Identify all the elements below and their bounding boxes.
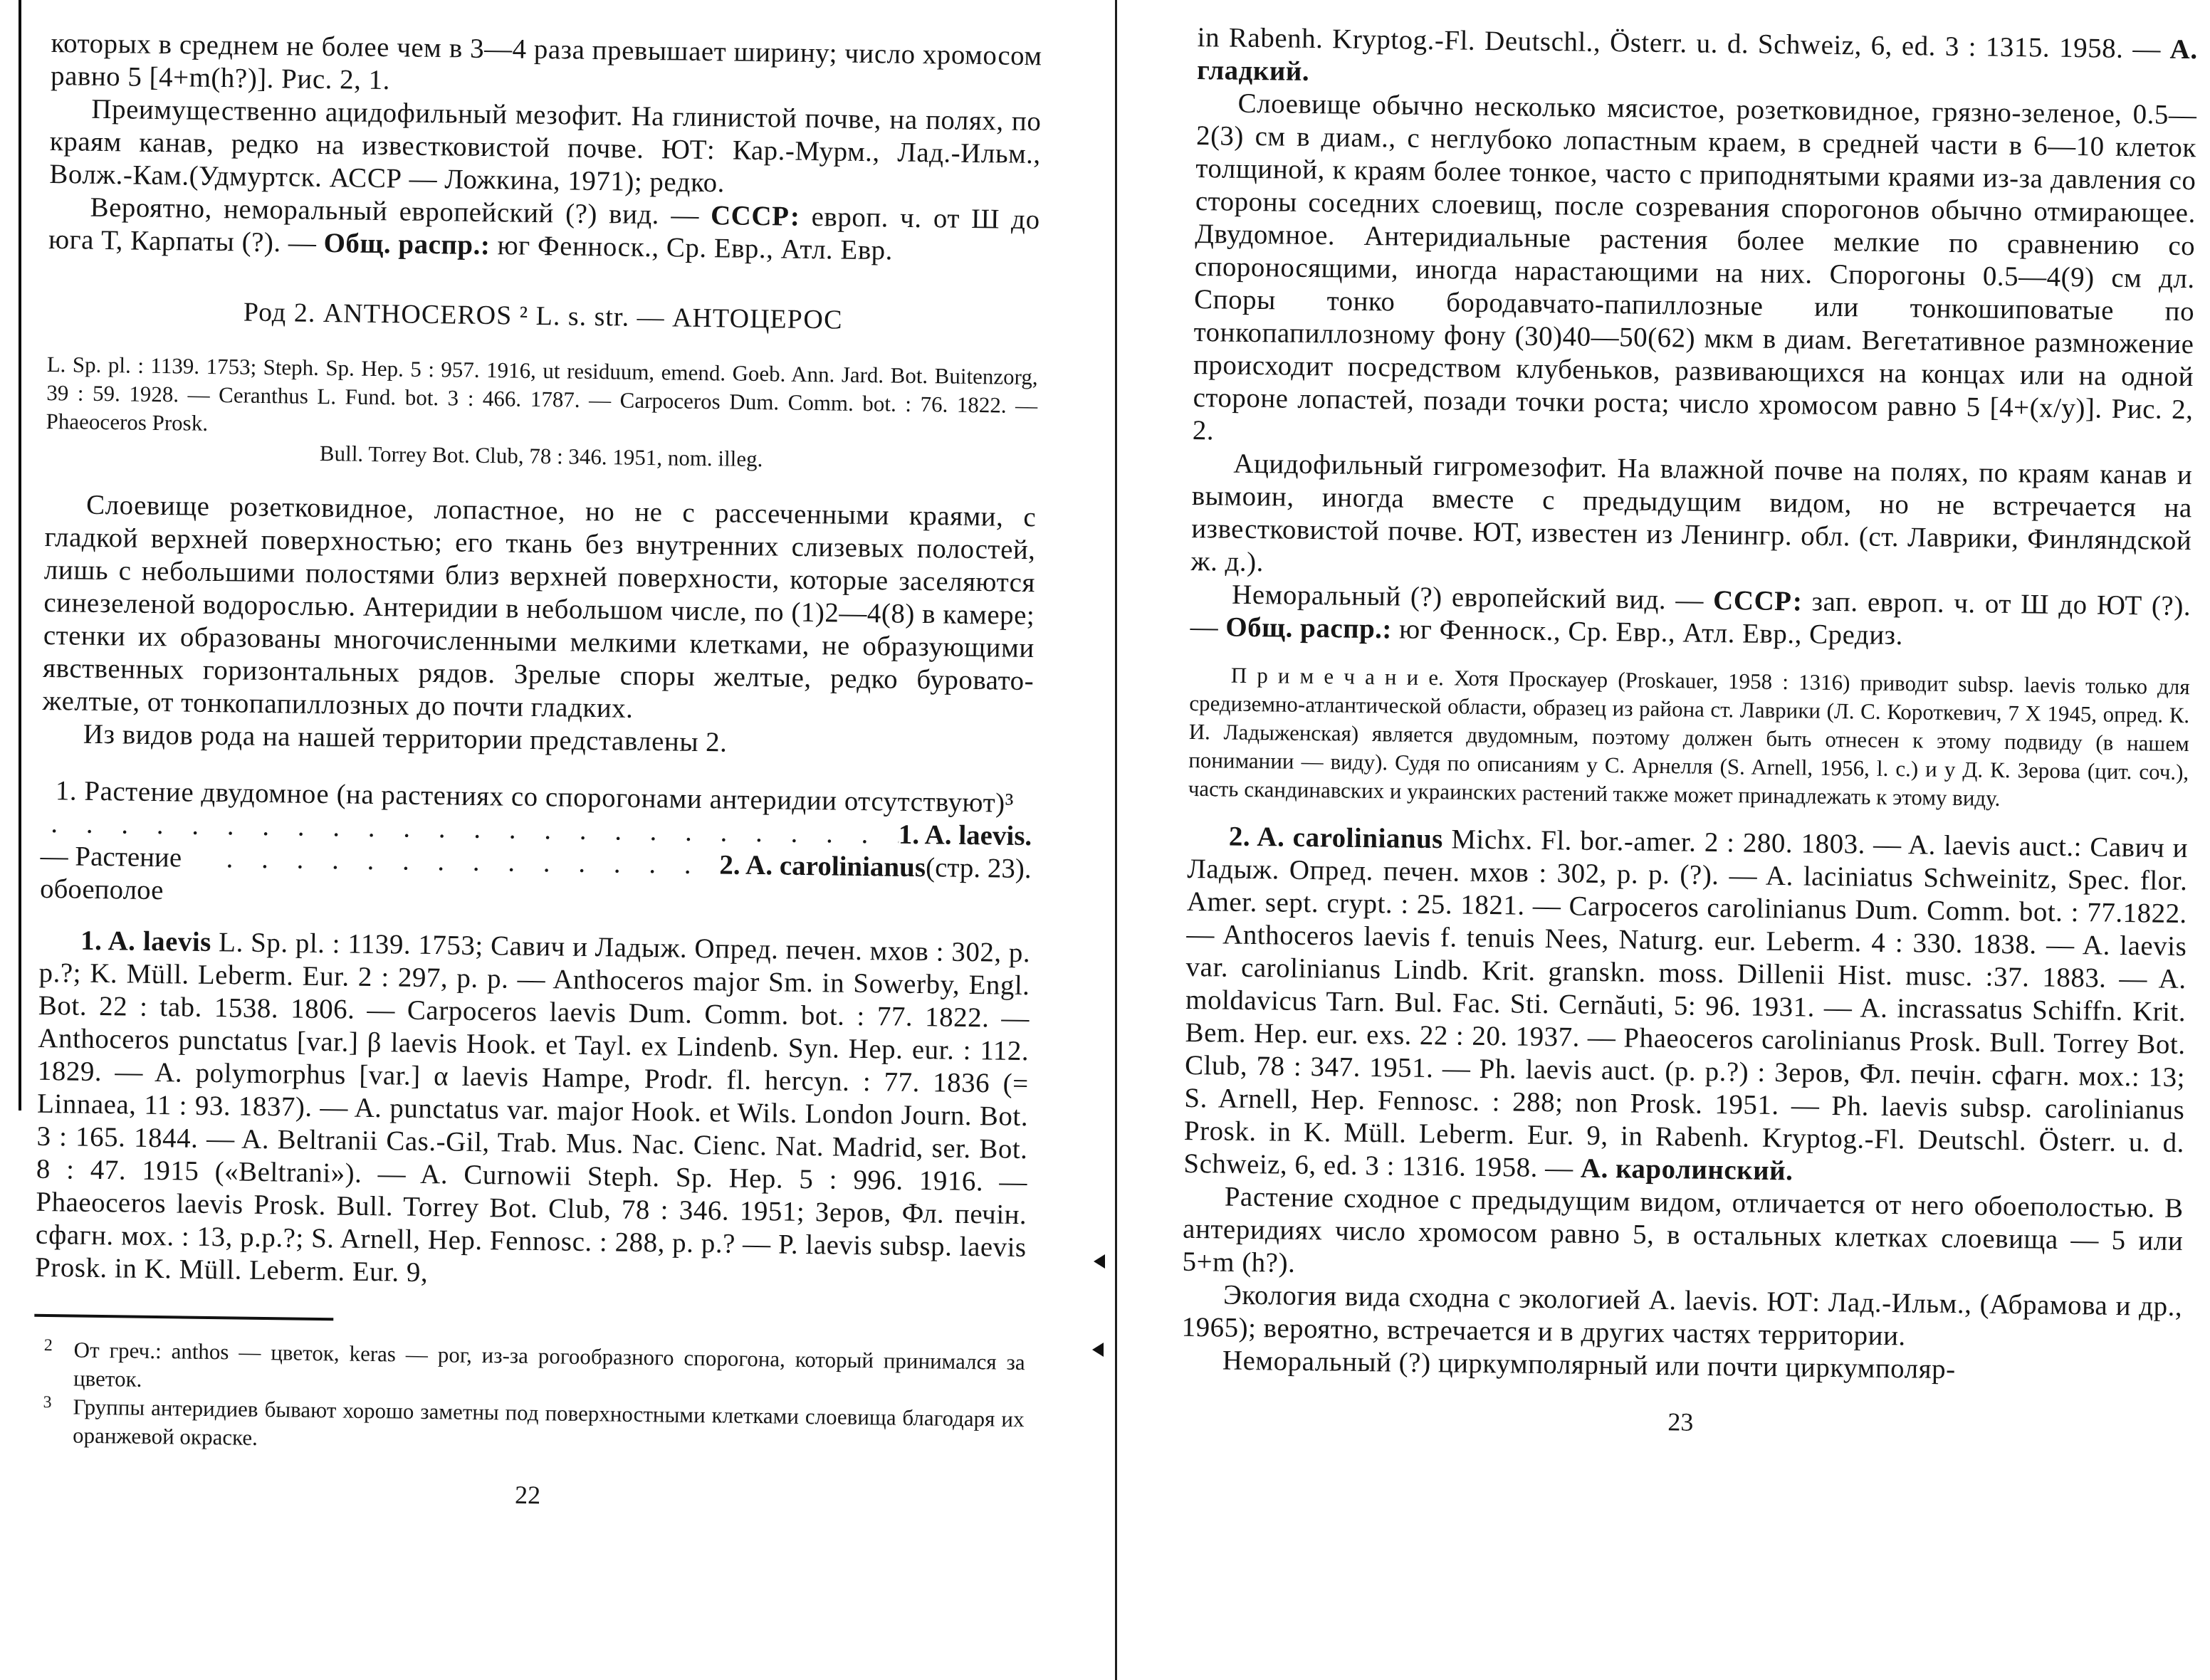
- ussr-label: СССР:: [1713, 585, 1803, 617]
- species-1-synonymy-cont-text: in Rabenh. Kryptog.-Fl. Deutschl., Öster…: [1197, 22, 2170, 65]
- genus-description: Слоевище розетковидное, лопастное, но не…: [42, 488, 1036, 730]
- distribution-text: Вероятно, неморальный европейский (?) ви…: [90, 192, 711, 231]
- taxonomic-note: П р и м е ч а н и е. Хотя Проскауер (Pro…: [1188, 661, 2190, 815]
- footnote-2-text: От греч.: anthos — цветок, keras — рог, …: [73, 1338, 1025, 1392]
- distribution-text: Неморальный (?) европейский вид. —: [1232, 579, 1714, 616]
- species-1-synonymy: L. Sp. pl. : 1139. 1753; Савич и Ладыж. …: [35, 927, 1030, 1288]
- species-1-entry: 1. A. laevis L. Sp. pl. : 1139. 1753; Са…: [35, 924, 1031, 1297]
- species-2-ecology: Экология вида сходна с экологией A. laev…: [1181, 1279, 2182, 1356]
- key-item-2-ref-page: (стр. 23).: [926, 851, 1032, 886]
- footnote-3-marker: 3: [43, 1388, 52, 1417]
- key-item-2-ref: 2. A. carolinianus: [719, 849, 926, 884]
- species-1-ecology: Ацидофильный гигромезофит. На влажной по…: [1190, 447, 2192, 590]
- key-item-2-text: — Растение обоеполое: [40, 840, 216, 908]
- species-2-name: 2. A. carolinianus: [1229, 821, 1443, 855]
- genus-bibliography: L. Sp. pl. : 1139. 1753; Steph. Sp. Hep.…: [46, 350, 1038, 477]
- species-1-name: 1. A. laevis: [80, 925, 211, 957]
- genus-heading: Род 2. ANTHOCEROS ² L. s. str. — АНТОЦЕР…: [48, 293, 1039, 339]
- general-distribution-label: Общ. распр.:: [323, 228, 490, 261]
- paragraph-ecology: Преимущественно ацидофильный мезофит. На…: [49, 93, 1042, 204]
- ussr-label: СССР:: [711, 200, 800, 232]
- key-item-2-row: — Растение обоеполое . . . . . . . . . .…: [40, 840, 1032, 918]
- paragraph-species-continuation: которых в среднем не более чем в 3—4 раз…: [51, 27, 1042, 105]
- species-1-distribution: Неморальный (?) европейский вид. — СССР:…: [1190, 578, 2191, 656]
- dot-leader: . . . . . . . . . . . . . . . . . . . . …: [216, 842, 719, 881]
- species-2-description: Растение сходное с предыдущим видом, отл…: [1182, 1180, 2184, 1291]
- species-2-synonymy: Michx. Fl. bor.-amer. 2 : 280. 1803. — A…: [1183, 824, 2188, 1183]
- page-number-left: 22: [32, 1474, 1023, 1516]
- general-distribution-text: юг Фенноск., Ср. Евр., Атл. Евр., Средиз…: [1392, 614, 1903, 651]
- general-distribution-label: Общ. распр.:: [1225, 612, 1392, 645]
- footnote-3: 3Группы антеридиев бывают хорошо заметны…: [33, 1392, 1025, 1462]
- right-page: in Rabenh. Kryptog.-Fl. Deutschl., Öster…: [1180, 21, 2198, 1443]
- species-1-description: Слоевище обычно несколько мясистое, розе…: [1193, 87, 2197, 459]
- scan-artifact-mark: [1094, 1254, 1105, 1269]
- identification-key: 1. Растение двудомное (на растениях со с…: [40, 775, 1032, 918]
- species-1-synonymy-continuation: in Rabenh. Kryptog.-Fl. Deutschl., Öster…: [1197, 21, 2198, 99]
- key-item-1-ref: 1. A. laevis.: [899, 819, 1032, 853]
- footnote-rule: [34, 1314, 333, 1321]
- page-number-right: 23: [1180, 1401, 2181, 1443]
- left-page: которых в среднем не более чем в 3—4 раз…: [32, 27, 1042, 1516]
- general-distribution-text: юг Фенноск., Ср. Евр., Атл. Евр.: [490, 230, 893, 266]
- paragraph-distribution: Вероятно, неморальный европейский (?) ви…: [48, 191, 1040, 269]
- species-2-russian-name: А. каролинский.: [1581, 1153, 1793, 1187]
- scan-artifact-mark: [1092, 1343, 1104, 1357]
- genus-bibliography-text: L. Sp. pl. : 1139. 1753; Steph. Sp. Hep.…: [46, 350, 1037, 448]
- scan-edge-line: [19, 0, 21, 1111]
- footnote-2-marker: 2: [43, 1331, 53, 1360]
- page-gutter-divider: [1115, 0, 1117, 1680]
- species-2-entry: 2. A. carolinianus Michx. Fl. bor.-amer.…: [1183, 820, 2188, 1192]
